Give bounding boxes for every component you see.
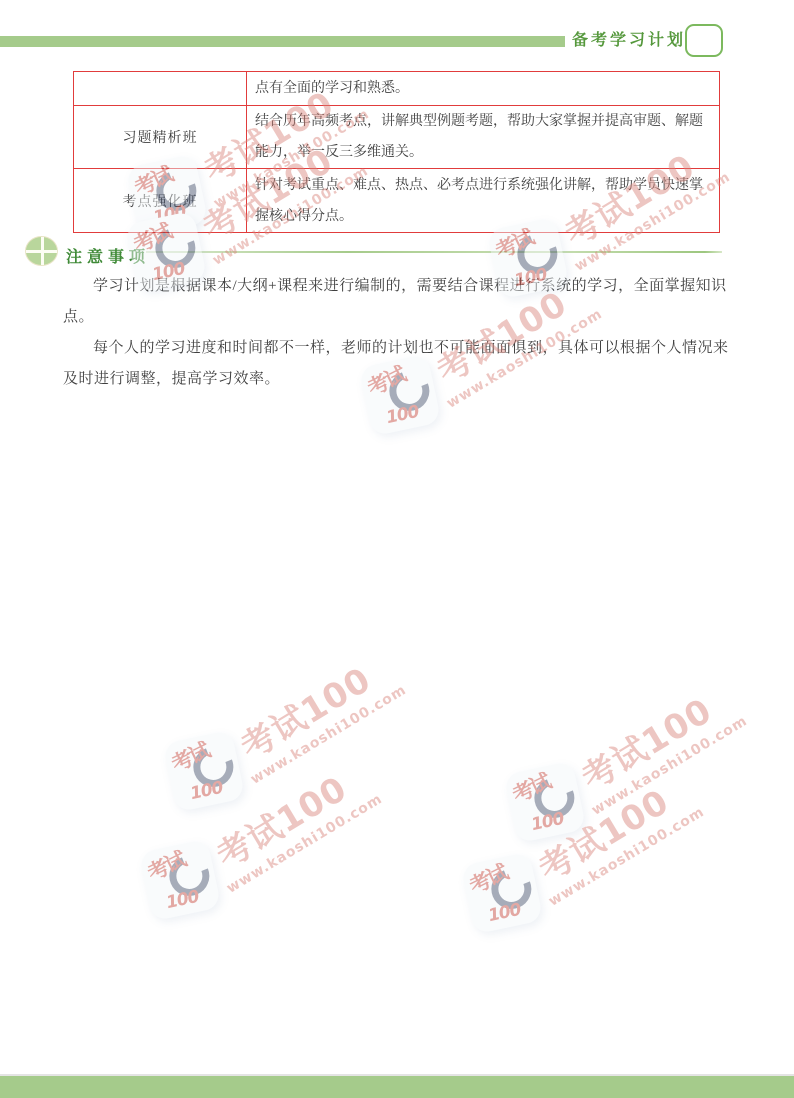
kaoshi100-logo-icon: 考试 100: [503, 760, 586, 843]
kaoshi100-logo-icon: 考试 100: [138, 838, 221, 921]
logo-ring-icon: [187, 741, 239, 793]
section-divider-line: [146, 251, 722, 253]
watermark-url-text: www.kaoshi100.com: [224, 791, 385, 897]
logo-number: 100: [164, 887, 200, 913]
watermark-brand-text: 考试100: [230, 653, 379, 769]
logo-number: 100: [384, 402, 420, 428]
course-table: 点有全面的学习和熟悉。 习题精析班 结合历年高频考点，讲解典型例题考题，帮助大家…: [73, 71, 720, 233]
section-heading: 注意事项: [66, 244, 150, 267]
table-row: 考点强化班 针对考试重点、难点、热点、必考点进行系统强化讲解，帮助学员快速掌握核…: [74, 169, 720, 233]
page-title: 备考学习计划: [572, 27, 686, 50]
logo-text: 考试: [507, 766, 554, 810]
watermark-url-text: www.kaoshi100.com: [589, 713, 750, 819]
footer-accent-bar: [0, 1074, 794, 1098]
course-description-cell: 结合历年高频考点，讲解典型例题考题，帮助大家掌握并提高审题、解题能力，举一反三多…: [247, 106, 720, 169]
table-row: 习题精析班 结合历年高频考点，讲解典型例题考题，帮助大家掌握并提高审题、解题能力…: [74, 106, 720, 169]
logo-ring-icon: [163, 850, 215, 902]
logo-text: 考试: [142, 844, 189, 888]
notes-body: 学习计划是根据课本/大纲+课程来进行编制的，需要结合课程进行系统的学习，全面掌握…: [63, 271, 732, 395]
header-accent-bar: [0, 36, 565, 47]
kaoshi100-logo-icon: 考试 100: [162, 729, 245, 812]
watermark-brand-text: 考试100: [528, 775, 677, 891]
course-description-cell: 点有全面的学习和熟悉。: [247, 72, 720, 106]
logo-ring-icon: [485, 863, 537, 915]
course-name-cell: 考点强化班: [74, 169, 247, 233]
course-name-cell: 习题精析班: [74, 106, 247, 169]
kaoshi100-logo-icon: 考试 100: [460, 851, 543, 934]
page-number-box: [685, 24, 723, 57]
logo-number: 100: [529, 809, 565, 835]
logo-number: 100: [188, 778, 224, 804]
watermark-brand-text: 考试100: [206, 762, 355, 878]
watermark-url-text: www.kaoshi100.com: [248, 682, 409, 788]
document-page: 备考学习计划 点有全面的学习和熟悉。 习题精析班 结合历年高频考点，讲解典型例题…: [0, 0, 794, 1098]
watermark-brand-text: 考试100: [571, 684, 720, 800]
watermark-url-text: www.kaoshi100.com: [546, 804, 707, 910]
logo-number: 100: [486, 900, 522, 926]
logo-ring-icon: [528, 772, 580, 824]
logo-text: 考试: [166, 735, 213, 779]
quadrant-circle-icon: [25, 236, 58, 266]
course-name-cell: [74, 72, 247, 106]
table-row: 点有全面的学习和熟悉。: [74, 72, 720, 106]
course-description-cell: 针对考试重点、难点、热点、必考点进行系统强化讲解，帮助学员快速掌握核心得分点。: [247, 169, 720, 233]
paragraph: 每个人的学习进度和时间都不一样，老师的计划也不可能面面俱到，具体可以根据个人情况…: [63, 333, 732, 395]
logo-text: 考试: [464, 857, 511, 901]
paragraph: 学习计划是根据课本/大纲+课程来进行编制的，需要结合课程进行系统的学习，全面掌握…: [63, 271, 732, 333]
